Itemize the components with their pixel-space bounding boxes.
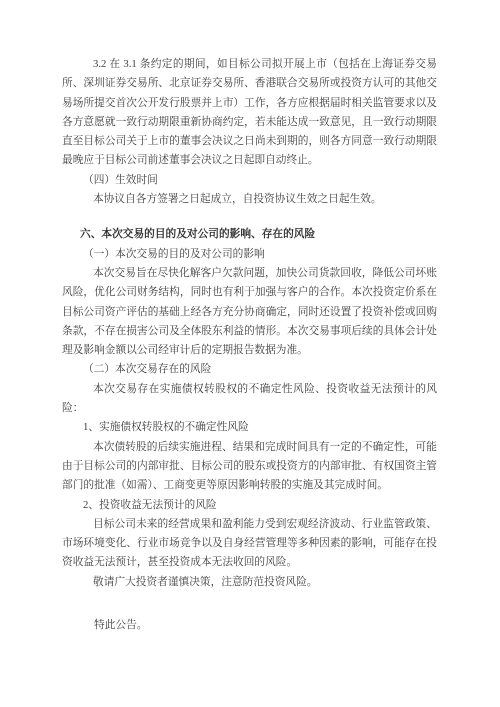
clause-3-2-paragraph: 3.2 在 3.1 条约定的期间，如目标公司拟开展上市（包括在上海证券交易所、深… <box>62 55 437 171</box>
investor-notice-paragraph: 敬请广大投资者谨慎决策，注意防范投资风险。 <box>62 573 437 592</box>
closing-paragraph: 特此公告。 <box>62 616 437 635</box>
risk-intro-paragraph: 本次交易存在实施债权转股权的不确定性风险、投资收益无法预计的风险： <box>62 380 437 419</box>
document-page: 3.2 在 3.1 条约定的期间，如目标公司拟开展上市（包括在上海证券交易所、深… <box>0 0 500 707</box>
announcement-text-block: 3.2 在 3.1 条约定的期间，如目标公司拟开展上市（包括在上海证券交易所、深… <box>62 55 437 635</box>
transaction-purpose-paragraph: 本次交易旨在尽快化解客户欠款问题，加快公司货款回收，降低公司坏账风险，优化公司财… <box>62 264 437 360</box>
effective-time-paragraph: 本协议自各方签署之日起成立，自投资协议生效之日起生效。 <box>62 190 437 209</box>
section-six-heading: 六、本次交易的目的及对公司的影响、存在的风险 <box>62 225 437 244</box>
risk-item-2-paragraph: 目标公司未来的经营成果和盈利能力受到宏观经济波动、行业监管政策、市场环境变化、行… <box>62 515 437 573</box>
risk-item-1-heading: 1、实施债权转股权的不确定性风险 <box>62 418 437 437</box>
risk-item-2-heading: 2、投资收益无法预计的风险 <box>62 496 437 515</box>
subsection-two-heading: （二）本次交易存在的风险 <box>62 360 437 379</box>
subsection-one-heading: （一）本次交易的目的及对公司的影响 <box>62 245 437 264</box>
effective-time-heading: （四）生效时间 <box>62 171 437 190</box>
risk-item-1-paragraph: 本次债转股的后续实施进程、结果和完成时间具有一定的不确定性，可能由于目标公司的内… <box>62 438 437 496</box>
